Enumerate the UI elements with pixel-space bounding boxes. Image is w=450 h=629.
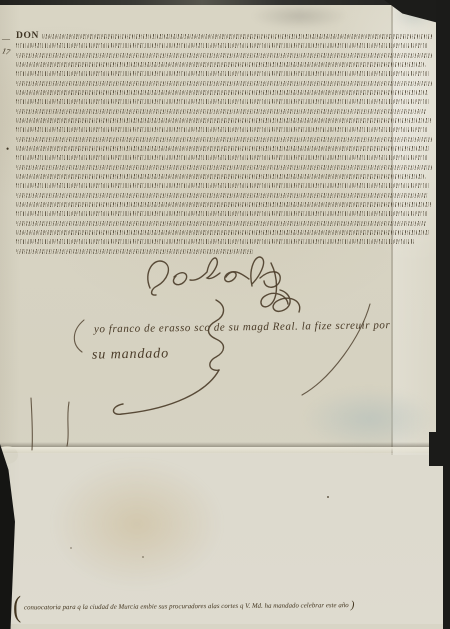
script-stroke — [16, 193, 428, 198]
manuscript-line — [16, 155, 428, 160]
script-stroke — [16, 165, 432, 170]
ink-speck — [70, 547, 72, 549]
script-stroke — [16, 202, 432, 207]
script-stroke — [16, 221, 426, 226]
script-stroke — [42, 34, 432, 39]
script-stroke — [16, 53, 432, 58]
manuscript-line — [16, 90, 428, 95]
docket-text: conuocatoria para q la ciudad de Murcia … — [24, 602, 349, 611]
manuscript-line — [16, 109, 426, 114]
docket-note: ( conuocatoria para q la ciudad de Murci… — [12, 590, 436, 623]
docket-close-paren: ) — [351, 599, 355, 611]
script-stroke — [16, 71, 430, 76]
smudge-stain — [252, 3, 347, 29]
manuscript-photo: DON — 17 • 1 yo franco de erasso sco de … — [0, 0, 450, 629]
opening-word: DON — [16, 34, 39, 39]
script-stroke — [16, 239, 415, 244]
script-stroke — [16, 174, 426, 179]
script-stroke — [16, 90, 428, 95]
manuscript-line — [16, 183, 430, 188]
manuscript-line — [16, 211, 428, 216]
manuscript-line — [16, 99, 430, 104]
script-stroke — [16, 146, 430, 151]
manuscript-line — [16, 239, 415, 244]
manuscript-line — [16, 137, 432, 142]
script-stroke — [16, 155, 428, 160]
script-stroke — [16, 183, 430, 188]
manuscript-line — [16, 146, 430, 151]
margin-mark-dash: — — [2, 34, 10, 43]
ink-speck — [327, 496, 329, 498]
manuscript-line — [16, 202, 432, 207]
manuscript-line — [16, 221, 426, 226]
manuscript-line — [16, 71, 430, 76]
manuscript-line — [16, 81, 432, 86]
margin-mark-bullet: • — [6, 144, 9, 154]
photo-edge-right — [436, 0, 450, 460]
photo-edge-top — [0, 0, 450, 5]
script-stroke — [16, 137, 432, 142]
body-text-block: DON — [16, 34, 432, 258]
manuscript-line: DON — [16, 34, 432, 39]
script-stroke — [16, 118, 432, 123]
script-stroke — [16, 62, 426, 67]
manuscript-line — [16, 230, 430, 235]
script-stroke — [16, 230, 430, 235]
manuscript-line — [16, 53, 432, 58]
seal-stain — [52, 460, 222, 588]
manuscript-line — [16, 118, 432, 123]
script-stroke — [16, 109, 426, 114]
script-stroke — [16, 81, 432, 86]
manuscript-line — [16, 62, 426, 67]
manuscript-line — [16, 127, 428, 132]
script-stroke — [16, 43, 428, 48]
docket-open-paren: ( — [13, 592, 21, 622]
photo-edge-right-lower — [443, 460, 450, 629]
manuscript-line — [16, 193, 428, 198]
manuscript-line — [16, 165, 432, 170]
manuscript-line — [16, 174, 426, 179]
ink-speck — [142, 556, 144, 558]
paraph-rubric — [20, 292, 420, 457]
script-stroke — [16, 127, 428, 132]
manuscript-line — [16, 43, 428, 48]
script-stroke — [16, 99, 430, 104]
script-stroke — [16, 211, 428, 216]
